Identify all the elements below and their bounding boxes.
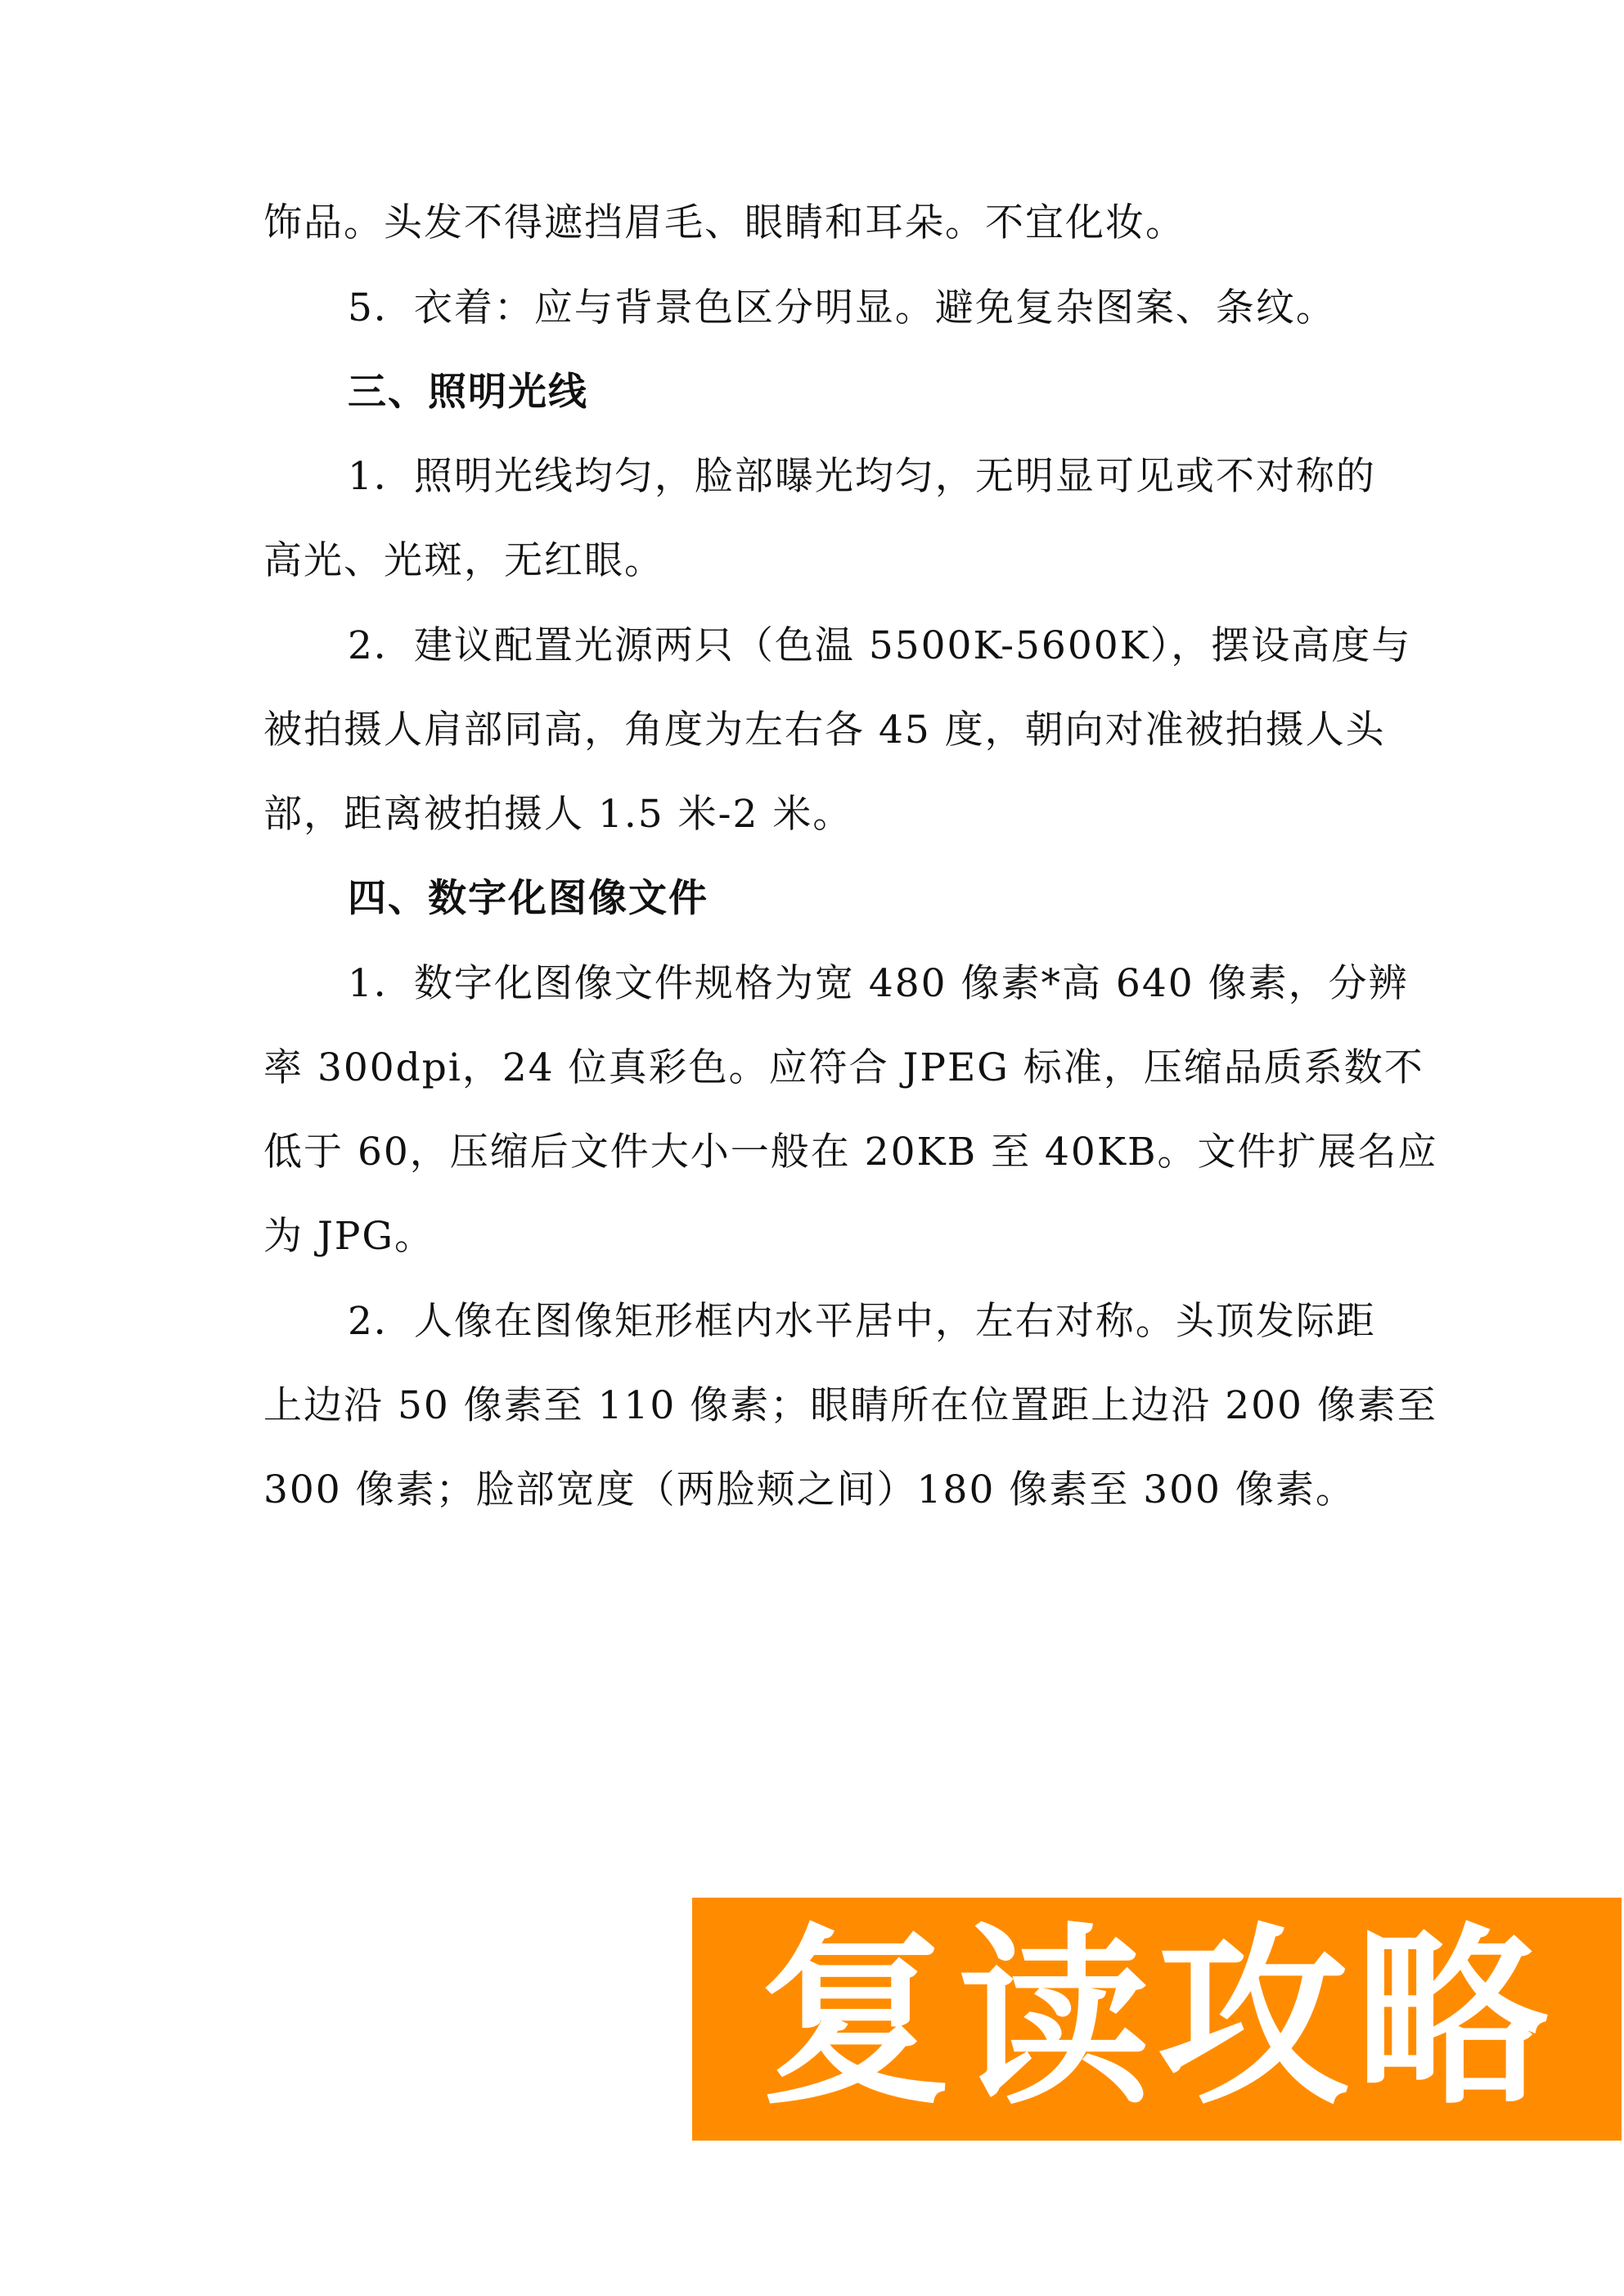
section-heading-lighting: 三、照明光线 [348, 368, 588, 417]
watermark-banner: 复读攻略 [692, 1898, 1622, 2141]
list-item-lighting-2: 2．建议配置光源两只（色温 5500K-5600K），摆设高度与 [348, 622, 1411, 671]
paragraph-line: 300 像素；脸部宽度（两脸颊之间）180 像素至 300 像素。 [263, 1466, 1356, 1515]
section-heading-digital-image: 四、数字化图像文件 [348, 874, 709, 923]
paragraph-line: 高光、光斑，无红眼。 [263, 537, 664, 586]
paragraph-line: 饰品。头发不得遮挡眉毛、眼睛和耳朵。不宜化妆。 [263, 199, 1185, 248]
list-item-image-2: 2．人像在图像矩形框内水平居中，左右对称。头顶发际距 [348, 1297, 1376, 1346]
paragraph-line: 上边沿 50 像素至 110 像素；眼睛所在位置距上边沿 200 像素至 [263, 1382, 1437, 1431]
paragraph-line: 部，距离被拍摄人 1.5 米-2 米。 [263, 790, 852, 839]
list-item-lighting-1: 1．照明光线均匀，脸部曝光均匀，无明显可见或不对称的 [348, 452, 1376, 501]
paragraph-line: 低于 60，压缩后文件大小一般在 20KB 至 40KB。文件扩展名应 [263, 1128, 1437, 1177]
paragraph-line: 率 300dpi，24 位真彩色。应符合 JPEG 标准，压缩品质系数不 [263, 1044, 1424, 1093]
paragraph-line: 为 JPG。 [263, 1212, 434, 1261]
list-item-image-1: 1．数字化图像文件规格为宽 480 像素*高 640 像素，分辨 [348, 959, 1409, 1009]
paragraph-line: 被拍摄人肩部同高，角度为左右各 45 度，朝向对准被拍摄人头 [263, 706, 1386, 755]
list-item-clothing: 5．衣着：应与背景色区分明显。避免复杂图案、条纹。 [348, 284, 1336, 333]
watermark-text: 复读攻略 [759, 1923, 1554, 2115]
